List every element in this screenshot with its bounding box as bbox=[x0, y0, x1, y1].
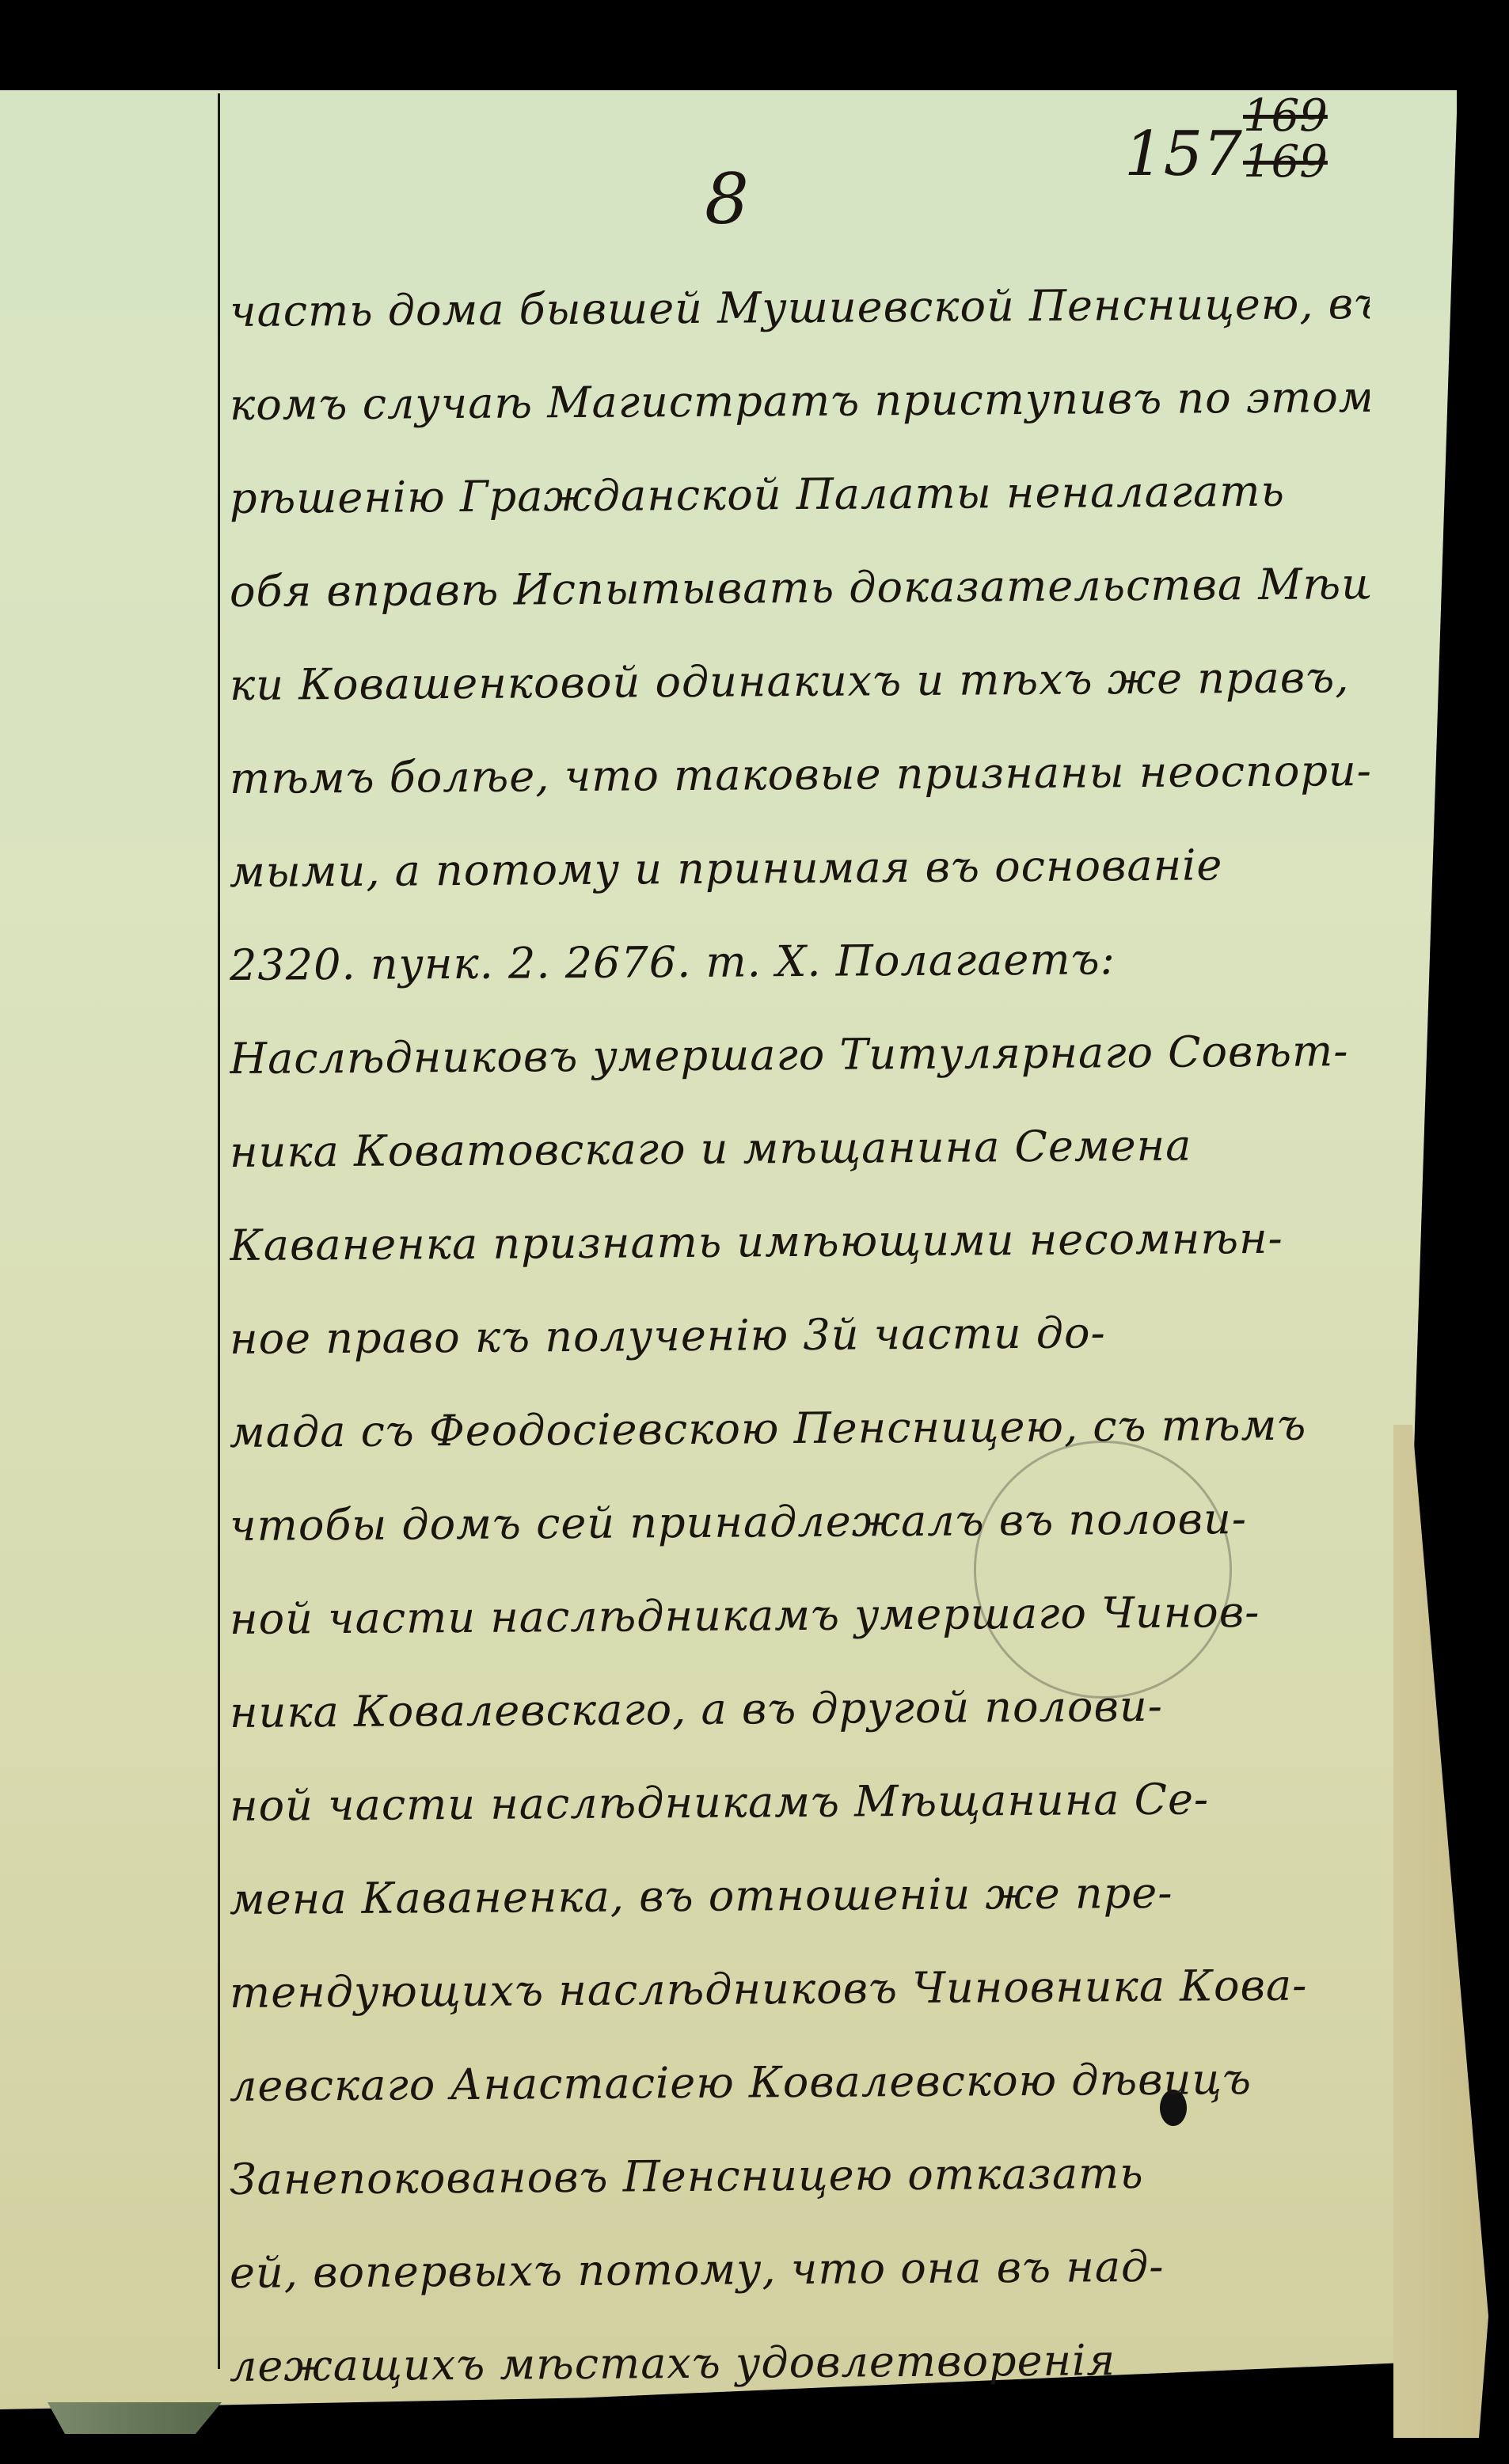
text-line: ной части наслѣдникамъ умершаго Чинов- bbox=[230, 1565, 1370, 1666]
text-line: мада съ Феодосіевскою Пенсницею, съ тѣмъ bbox=[230, 1378, 1370, 1479]
text-line: обя вправѣ Испытывать доказательства Мѣщ… bbox=[230, 537, 1370, 639]
text-line: часть дома бывшей Мушиевской Пенсницею, … bbox=[230, 257, 1370, 359]
handwritten-text-body: часть дома бывшей Мушиевской Пенсницею, … bbox=[230, 261, 1370, 2409]
text-line: ника Ковалевскаго, а въ другой полови- bbox=[230, 1658, 1370, 1760]
text-line: тѣмъ болѣе, что таковые признаны неоспор… bbox=[230, 724, 1370, 826]
text-line: ки Ковашенковой одинакихъ и тѣхъ же прав… bbox=[230, 631, 1370, 732]
text-line: Наслѣдниковъ умершаго Титулярнаго Совѣт- bbox=[230, 1004, 1370, 1106]
text-line: 2320. пунк. 2. 2676. т. X. Полагаетъ: bbox=[230, 911, 1370, 1012]
margin-rule bbox=[218, 93, 220, 2369]
text-line: лежащихъ мѣстахъ удовлетворенія bbox=[230, 2312, 1370, 2413]
old-folio-number: 169 169 bbox=[1243, 93, 1328, 185]
text-line: ей, вопервыхъ потому, что она въ над- bbox=[230, 2219, 1370, 2320]
text-line: ное право къ полученію 3й части до- bbox=[230, 1285, 1370, 1386]
text-line: тендующихъ наслѣдниковъ Чиновника Кова- bbox=[230, 1938, 1370, 2040]
text-line: ной части наслѣдникамъ Мѣщанина Се- bbox=[230, 1752, 1370, 1853]
text-line: рѣшенію Гражданской Палаты неналагать bbox=[230, 444, 1370, 545]
text-line: мыми, а потому и принимая въ основаніе bbox=[230, 818, 1370, 919]
text-line: левскаго Анастасіею Ковалевскою дѣвицъ bbox=[230, 2032, 1370, 2133]
text-line: Занепоковановъ Пенсницею отказать bbox=[230, 2125, 1370, 2227]
text-line: мена Каваненка, въ отношеніи же пре- bbox=[230, 1845, 1370, 1946]
text-line: ника Коватовскаго и мѣщанина Семена bbox=[230, 1098, 1370, 1199]
stacked-page-edges bbox=[1393, 1425, 1488, 2438]
old-folio-number-struck: 169 bbox=[1243, 93, 1328, 139]
text-line: комъ случаѣ Магистратъ приступивъ по это… bbox=[230, 351, 1370, 452]
text-line: Каваненка признать имѣющими несомнѣн- bbox=[230, 1191, 1370, 1293]
text-line: чтобы домъ сей принадлежалъ въ полови- bbox=[230, 1471, 1370, 1573]
page-number: 8 bbox=[705, 158, 749, 240]
folio-number: 157 bbox=[1124, 119, 1242, 190]
old-folio-number-struck-2: 169 bbox=[1243, 139, 1328, 185]
binding-fragment bbox=[48, 2402, 222, 2434]
